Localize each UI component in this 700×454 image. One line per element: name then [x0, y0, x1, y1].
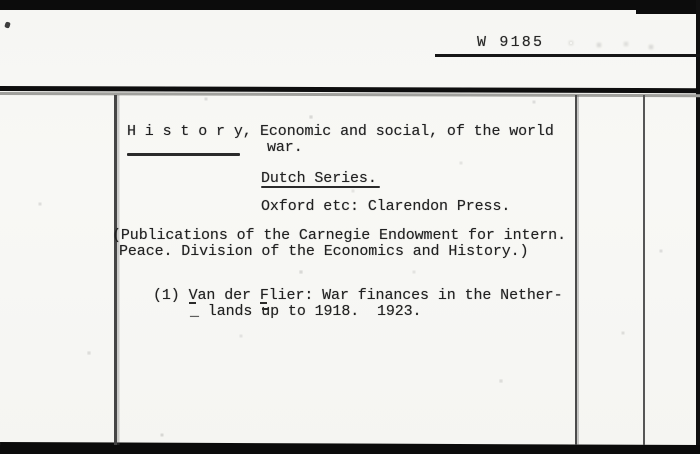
- entry-line-1: (1) Van der Flier: War finances in the N…: [153, 288, 562, 304]
- series-underline: [261, 186, 380, 188]
- entry-title-text: lier: War finances in the Nether-: [269, 287, 563, 304]
- entry-number: (1): [153, 287, 189, 304]
- entry-author-middle: an der: [198, 287, 260, 304]
- card-column-line-far-right: [643, 95, 645, 445]
- entry-continuation-tail: p to 1918. 1923.: [270, 303, 421, 320]
- publication-note-line-2: Peace. Division of the Economics and His…: [119, 244, 528, 260]
- scan-speckles: [0, 0, 2, 2]
- call-number: W 9185: [477, 35, 544, 51]
- entry-continuation-prefix: _ lands: [190, 303, 261, 320]
- card-column-line-right: [575, 95, 577, 445]
- overscored-letter-u: u: [261, 304, 270, 320]
- scan-top-right-edge: [636, 0, 700, 14]
- series-title: Dutch Series.: [261, 171, 377, 187]
- heading-continuation: war.: [267, 140, 303, 156]
- heading-underline: [127, 153, 240, 156]
- scanned-catalog-card: W 9185 H i s t o r y, Economic and socia…: [0, 0, 700, 454]
- imprint: Oxford etc: Clarendon Press.: [261, 199, 510, 215]
- heading-keyword: H i s t o r y,: [127, 124, 252, 140]
- call-number-underline: [435, 54, 700, 57]
- card-column-line-left: [114, 95, 117, 445]
- underscored-letter-f: F: [260, 288, 269, 304]
- underscored-letter-v: V: [189, 288, 198, 304]
- scan-right-edge: [696, 0, 700, 454]
- stray-ink-mark: [4, 21, 11, 28]
- scan-bottom-edge: [0, 442, 700, 454]
- publication-note-line-1: (Publications of the Carnegie Endowment …: [112, 228, 566, 244]
- heading-text: Economic and social, of the world: [260, 124, 554, 140]
- entry-line-2: _ lands up to 1918. 1923.: [190, 304, 421, 320]
- scan-top-edge: [0, 0, 700, 10]
- smudge-marks: [570, 42, 572, 44]
